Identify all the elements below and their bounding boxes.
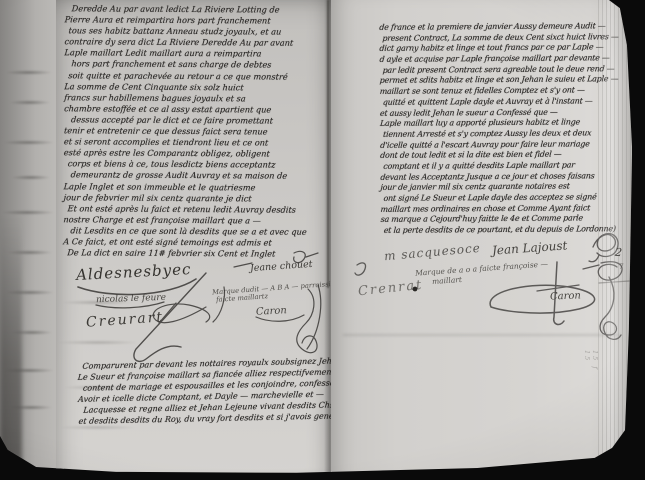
manuscript-photo: Deredde Au par avant ledict La Riviere L…	[0, 0, 645, 480]
underlying-page-edges	[0, 0, 64, 480]
bleed-through-mark	[12, 330, 52, 335]
manuscript-line: hors part franchement et sans charge de …	[71, 59, 308, 72]
paper-crease	[343, 334, 620, 336]
signature-caron: Caron	[256, 305, 287, 318]
bleed-through-mark	[10, 405, 52, 410]
torn-edge-shadow	[0, 216, 22, 480]
left-page-text: Deredde Au par avant ledict La Riviere L…	[63, 3, 308, 260]
left-page: Deredde Au par avant ledict La Riviere L…	[56, 0, 332, 480]
left-page-bottom-paragraph: Comparurent par devant les nottaires roy…	[77, 355, 349, 427]
bleed-through-mark	[4, 140, 54, 145]
paper-stack: Deredde Au par avant ledict La Riviere L…	[0, 0, 645, 480]
marque-caption-line1: Marque de a o a faicte françoise —	[415, 259, 548, 277]
right-page: de france et la premiere de janvier Auss…	[331, 0, 632, 480]
deckle-edge	[598, 0, 632, 480]
bleed-through-mark	[58, 340, 138, 345]
manuscript-line: demeurantz de grosse Audit Auvray et sa …	[70, 170, 307, 183]
bleed-through-mark	[8, 250, 52, 255]
bleed-through-mark	[6, 290, 54, 295]
marque-caption-line2: maillart	[432, 275, 462, 286]
signature-crenrat: Crenrat	[357, 278, 424, 300]
signature-creurart: Creurart	[86, 309, 165, 330]
signature-principal: Aldesnesbyec	[76, 260, 192, 284]
edge-secondary-mark: 7	[619, 263, 623, 271]
manuscript-line: De La dict en saire 11# febvrier six Cen…	[67, 247, 307, 260]
manuscript-line: Laple Inglet et son immeuble et le quatr…	[63, 181, 307, 194]
bleed-through-mark	[2, 210, 54, 215]
right-page-text: de france et la premiere de janvier Auss…	[379, 21, 620, 236]
signature-jacques: m sacquesoce	[384, 241, 482, 263]
signature-lajoust: Jean Lajoust	[492, 238, 568, 257]
signature-caron: Caron	[550, 290, 581, 302]
signature-jeane-chouet: Jeane chouet	[250, 259, 313, 274]
bleed-through-mark	[10, 100, 50, 105]
folio-number: 2	[614, 246, 622, 260]
bleed-through-mark	[12, 175, 50, 180]
edge-inscription: 15 f 15	[583, 350, 599, 383]
bleed-through-mark	[6, 70, 52, 75]
bleed-through-mark	[4, 368, 54, 373]
manuscript-line: et la perte desdits de ce pourtant, et d…	[383, 224, 620, 236]
signature-nicolas: nicolas le feure	[96, 293, 166, 305]
